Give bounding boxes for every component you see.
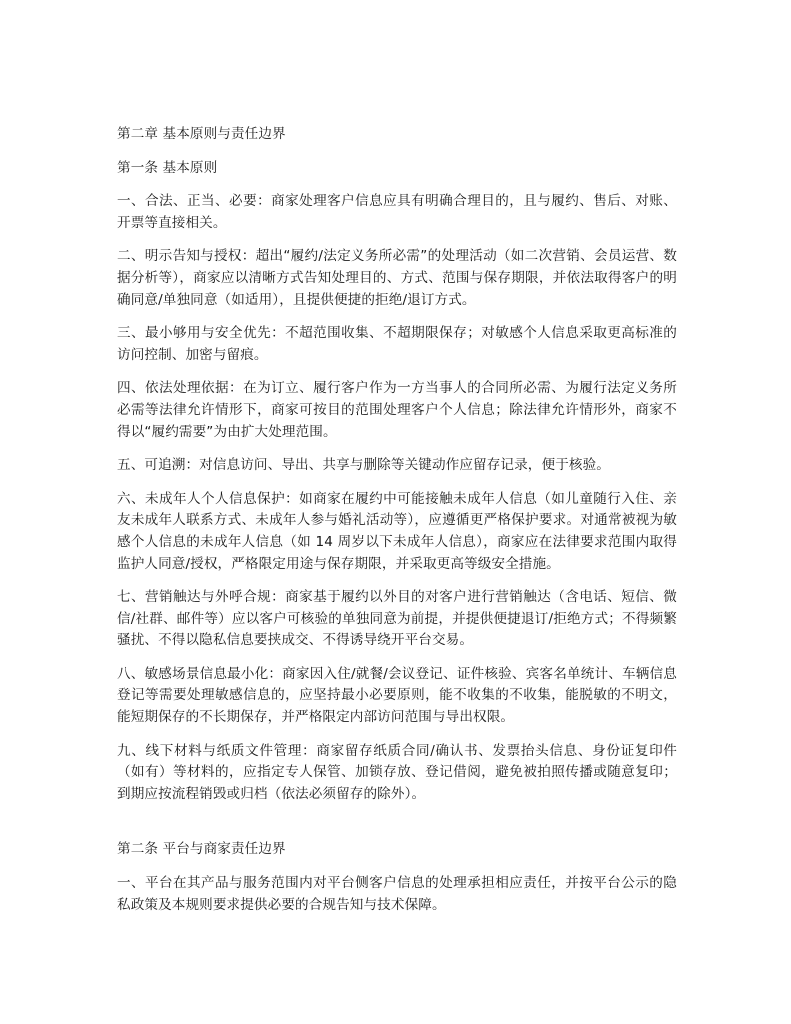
- document-page: 第二章 基本原则与责任边界 第一条 基本原则 一、合法、正当、必要：商家处理客户…: [117, 124, 677, 928]
- chapter-title: 第二章 基本原则与责任边界: [117, 124, 677, 146]
- article-1-paragraph-3: 三、最小够用与安全优先：不超范围收集、不超期限保存；对敏感个人信息采取更高标准的…: [117, 323, 677, 366]
- article-1-paragraph-1: 一、合法、正当、必要：商家处理客户信息应具有明确合理目的，且与履约、售后、对账、…: [117, 191, 677, 234]
- article-1-title: 第一条 基本原则: [117, 158, 677, 180]
- article-1-paragraph-9: 九、线下材料与纸质文件管理：商家留存纸质合同/确认书、发票抬头信息、身份证复印件…: [117, 741, 677, 806]
- article-1-paragraph-7: 七、营销触达与外呼合规：商家基于履约以外目的对客户进行营销触达（含电话、短信、微…: [117, 587, 677, 652]
- article-1-paragraph-2: 二、明示告知与授权：超出“履约/法定义务所必需”的处理活动（如二次营销、会员运营…: [117, 246, 677, 311]
- article-1-paragraph-5: 五、可追溯：对信息访问、导出、共享与删除等关键动作应留存记录，便于核验。: [117, 455, 677, 477]
- article-1-paragraph-6: 六、未成年人个人信息保护：如商家在履约中可能接触未成年人信息（如儿童随行入住、亲…: [117, 489, 677, 575]
- article-1-paragraph-4: 四、依法处理依据：在为订立、履行客户作为一方当事人的合同所必需、为履行法定义务所…: [117, 378, 677, 443]
- article-2-paragraph-1: 一、平台在其产品与服务范围内对平台侧客户信息的处理承担相应责任，并按平台公示的隐…: [117, 873, 677, 916]
- section-spacer: [117, 817, 677, 839]
- article-1-paragraph-8: 八、敏感场景信息最小化：商家因入住/就餐/会议登记、证件核验、宾客名单统计、车辆…: [117, 664, 677, 729]
- article-2-title: 第二条 平台与商家责任边界: [117, 839, 677, 861]
